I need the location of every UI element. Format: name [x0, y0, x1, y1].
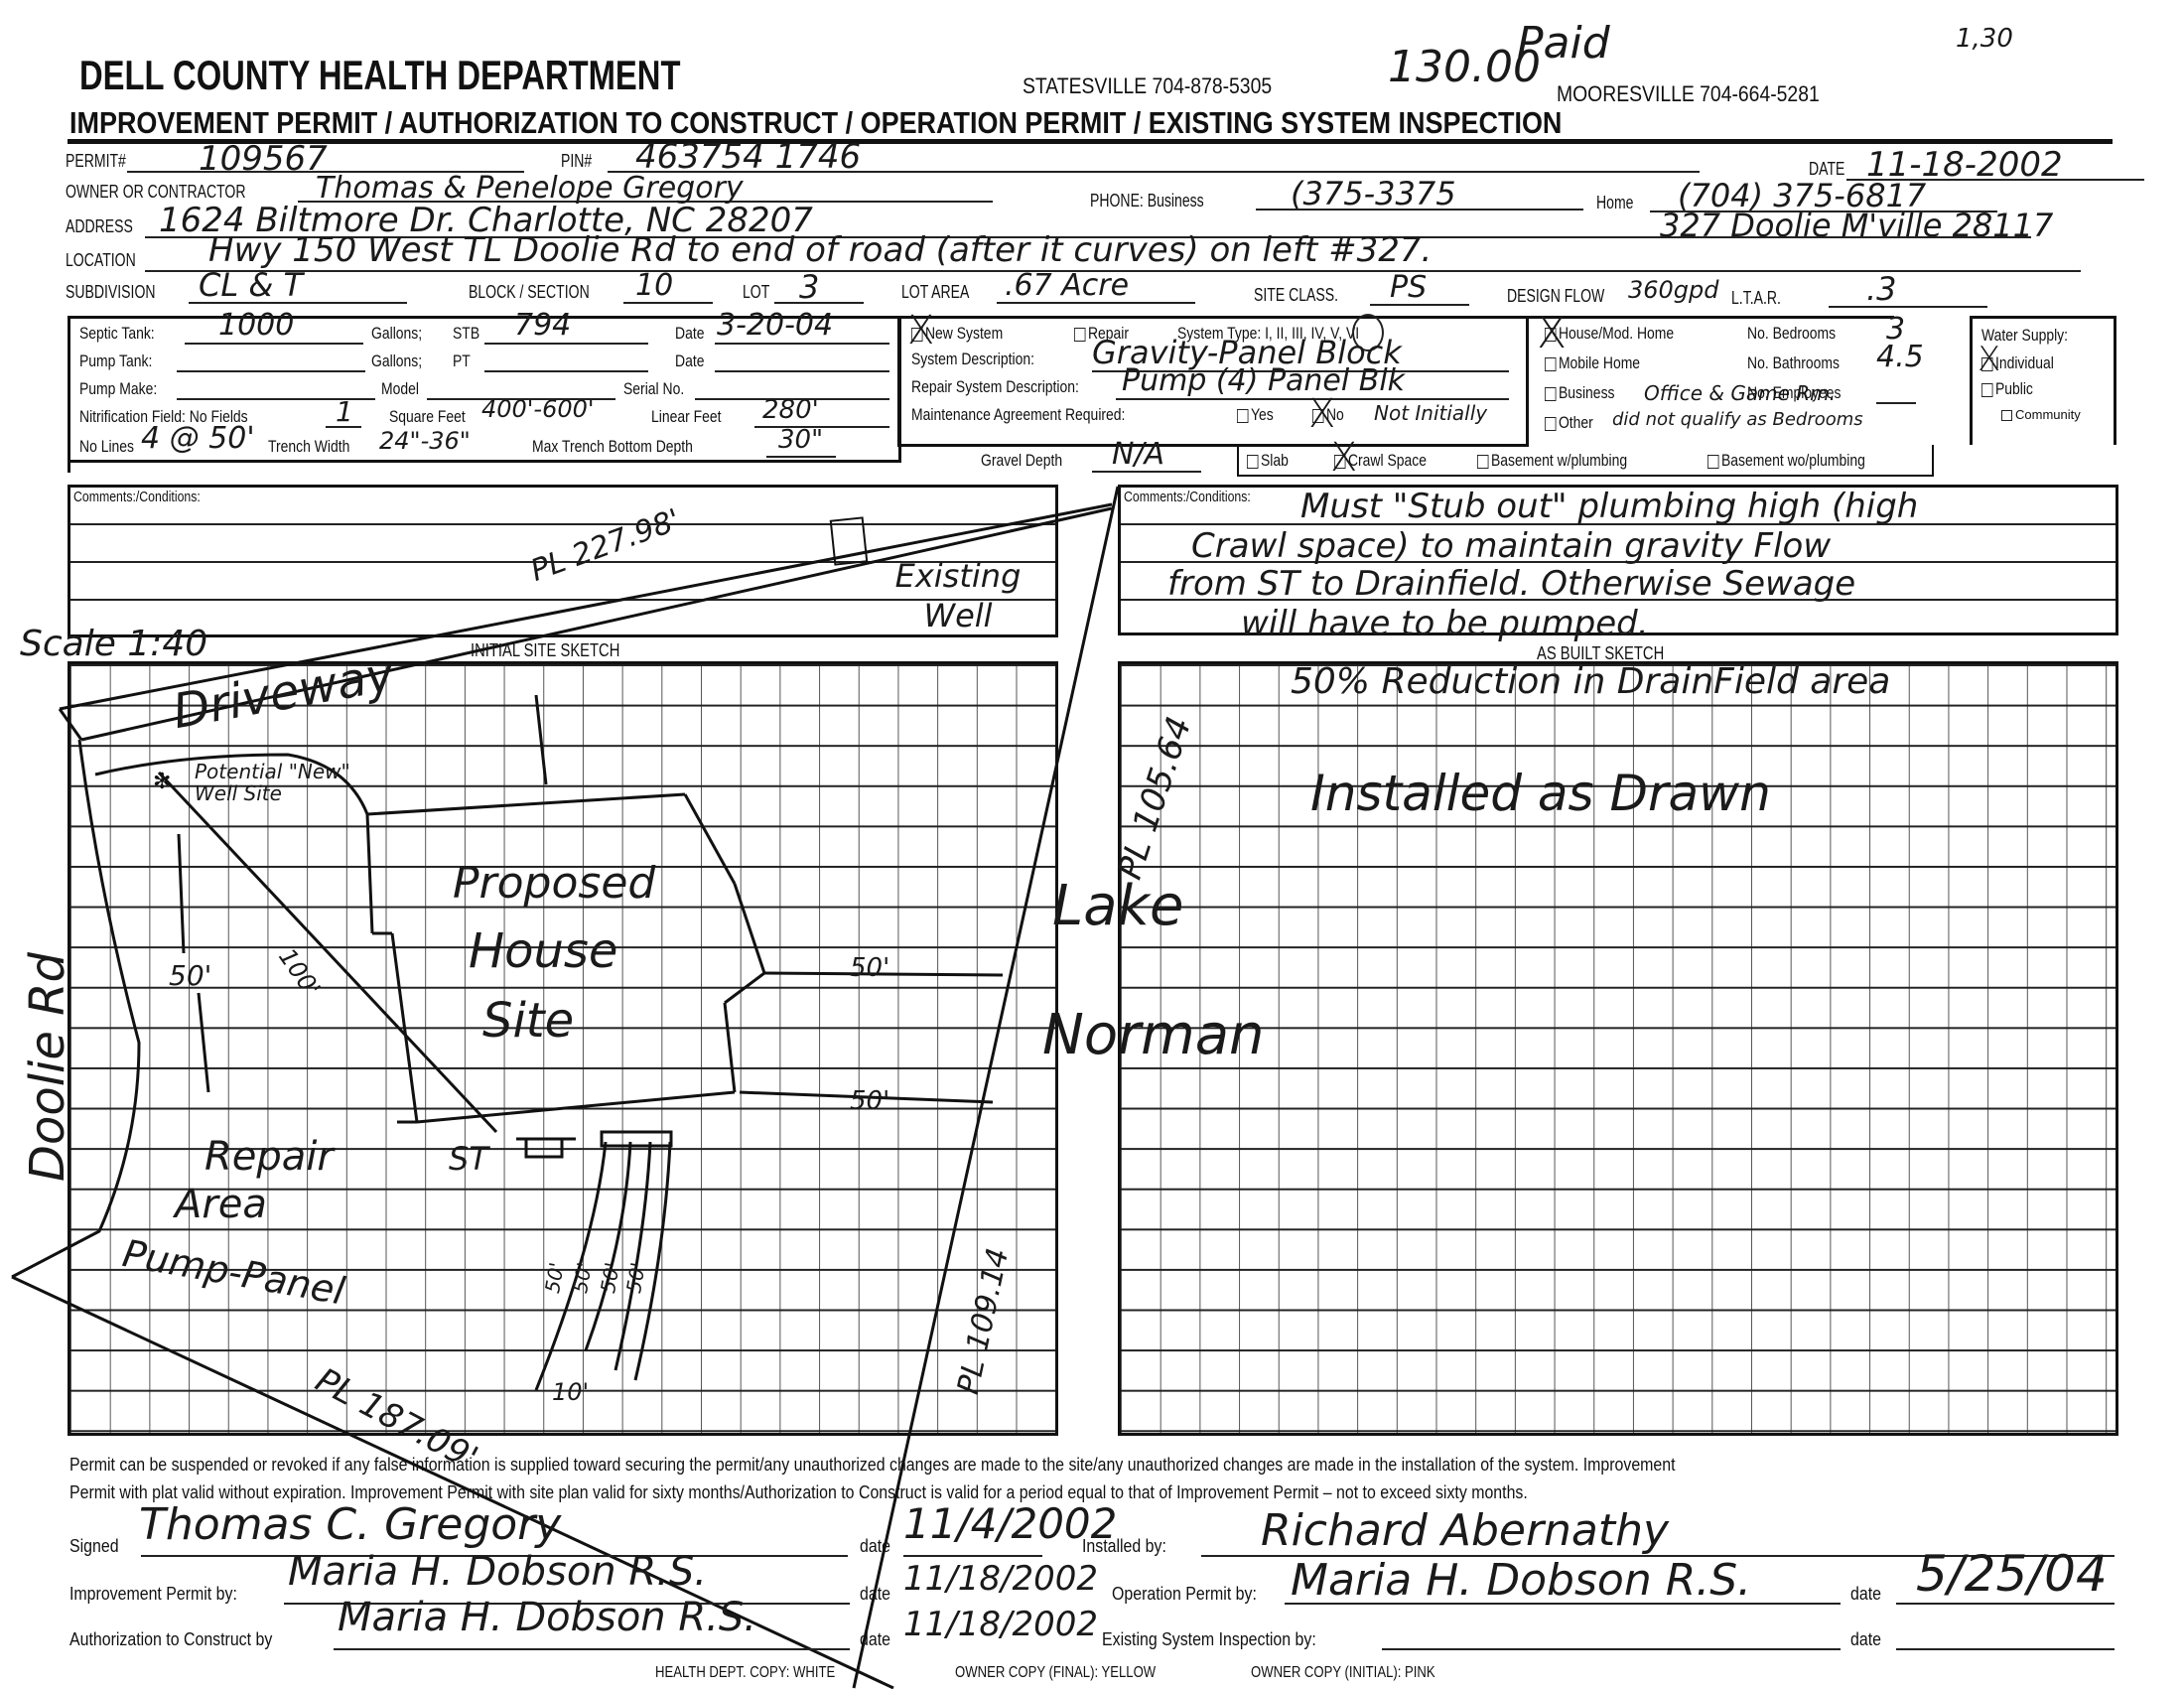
site-sketch-drawing	[0, 0, 2184, 1689]
road-label: Doolie Rd	[20, 952, 75, 1182]
repair-area-label-1: Repair	[205, 1134, 334, 1180]
improvement-label: Improvement Permit by:	[69, 1583, 237, 1605]
septic-tank-label-sketch: ST	[449, 1140, 488, 1178]
improvement-date-value[interactable]: 11/18/2002	[903, 1559, 1098, 1599]
lake-label-2: Norman	[1042, 1003, 1265, 1067]
disclaimer-line-1: Permit can be suspended or revoked if an…	[69, 1454, 1676, 1476]
dist-10-label: 10'	[552, 1378, 589, 1406]
dist-50-b-label: 50'	[850, 1086, 889, 1116]
signed-signature[interactable]: Thomas C. Gregory	[139, 1499, 561, 1550]
operation-date-value[interactable]: 5/25/04	[1916, 1545, 2108, 1603]
operation-date-line	[1896, 1603, 2115, 1605]
repair-area-label-2: Area	[175, 1182, 267, 1227]
existing-date-label: date	[1850, 1628, 1881, 1650]
dist-50-a-label: 50'	[850, 953, 889, 983]
house-label-1: Proposed	[453, 858, 655, 909]
signed-date-label: date	[860, 1535, 890, 1557]
existing-line[interactable]	[1382, 1648, 1841, 1650]
installed-value[interactable]: Richard Abernathy	[1261, 1505, 1669, 1556]
existing-label: Existing System Inspection by:	[1102, 1628, 1316, 1650]
signed-label: Signed	[69, 1535, 119, 1557]
authorization-date-value[interactable]: 11/18/2002	[903, 1605, 1098, 1644]
authorization-label: Authorization to Construct by	[69, 1628, 272, 1650]
existing-date-line[interactable]	[1896, 1648, 2115, 1650]
copy-pink: OWNER COPY (INITIAL): PINK	[1251, 1664, 1435, 1682]
potential-well-label: Potential "New" Well Site	[195, 761, 353, 804]
authorization-line	[334, 1648, 850, 1650]
copy-white: HEALTH DEPT. COPY: WHITE	[655, 1664, 835, 1682]
house-label-3: Site	[482, 993, 574, 1049]
lake-label-1: Lake	[1052, 874, 1183, 938]
operation-signature[interactable]: Maria H. Dobson R.S.	[1291, 1555, 1751, 1606]
copy-yellow: OWNER COPY (FINAL): YELLOW	[955, 1664, 1156, 1682]
operation-date-label: date	[1850, 1583, 1881, 1605]
operation-label: Operation Permit by:	[1112, 1583, 1257, 1605]
authorization-signature[interactable]: Maria H. Dobson R.S.	[338, 1595, 756, 1640]
authorization-date-label: date	[860, 1628, 890, 1650]
potential-well-marker-icon: ✻	[153, 769, 171, 794]
signed-date-line	[903, 1555, 1042, 1557]
improvement-signature[interactable]: Maria H. Dobson R.S.	[288, 1549, 707, 1595]
as-built-note-2: Installed as Drawn	[1310, 765, 1771, 822]
dist-50-vertical-label: 50'	[169, 959, 211, 992]
house-label-2: House	[469, 923, 617, 979]
improvement-date-label: date	[860, 1583, 890, 1605]
as-built-note-1: 50% Reduction in DrainField area	[1291, 661, 1890, 702]
installed-label: Installed by:	[1082, 1535, 1166, 1557]
